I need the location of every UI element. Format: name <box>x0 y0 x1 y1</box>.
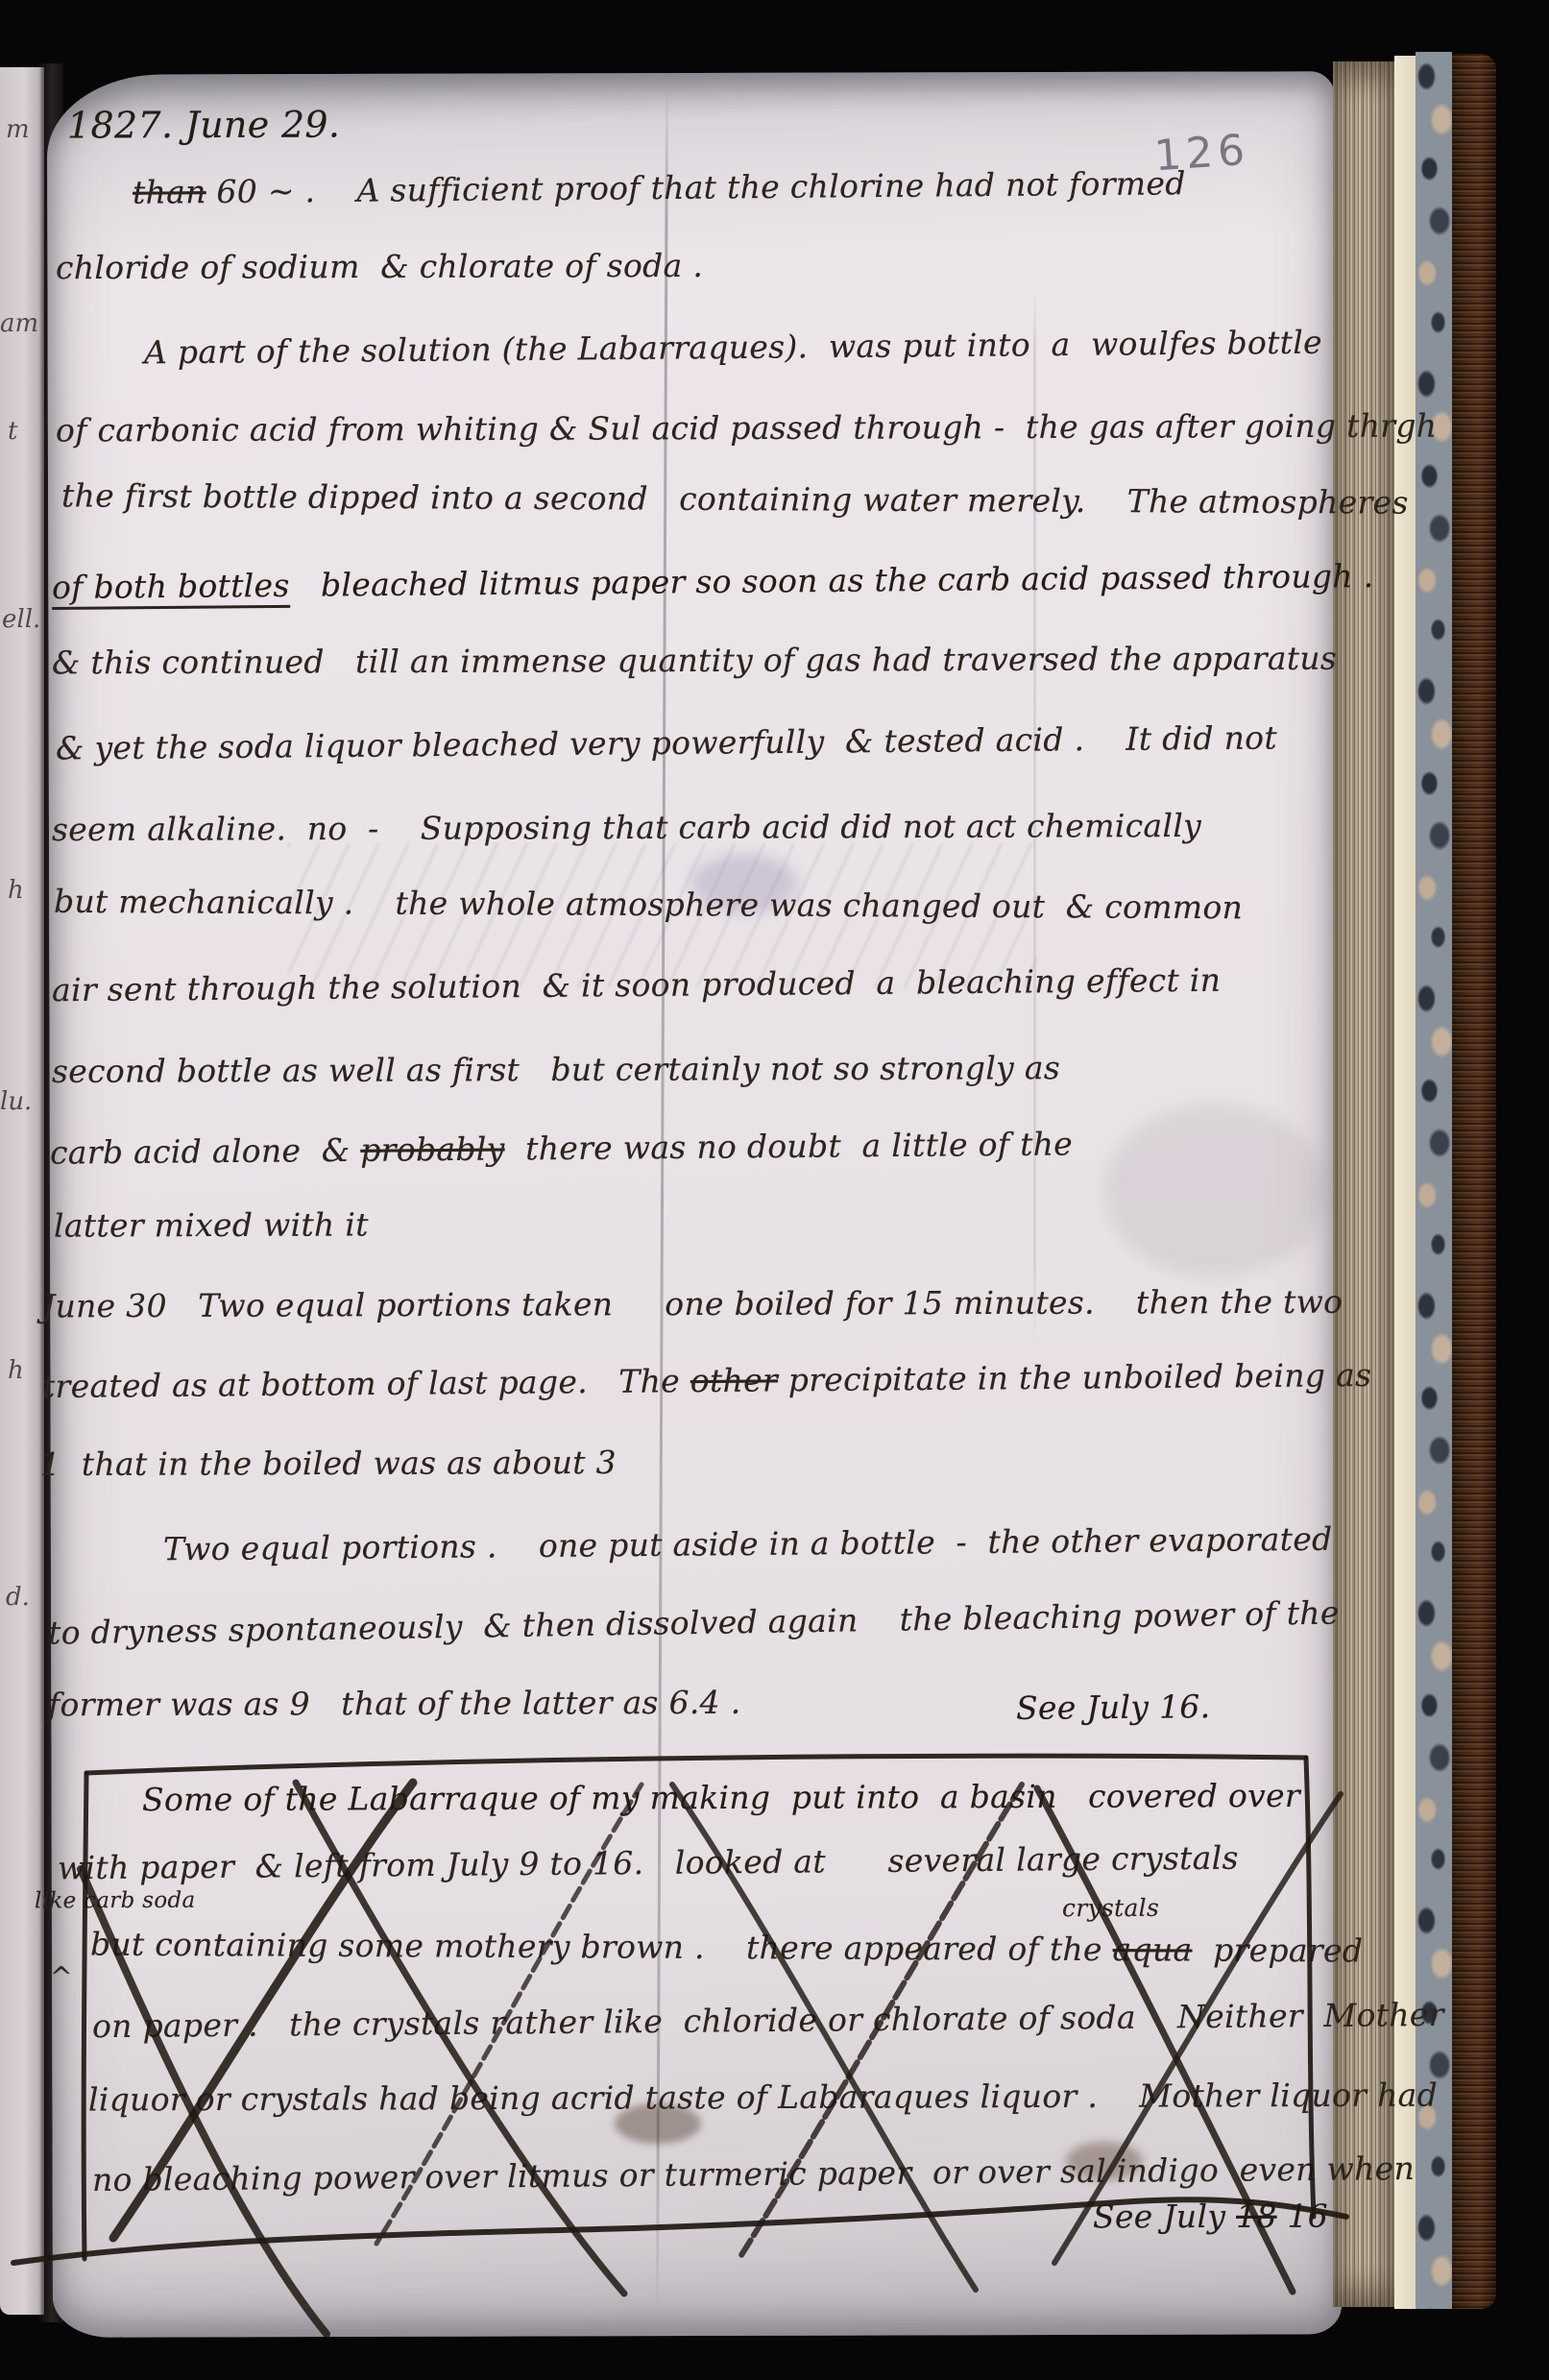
manuscript-line: second bottle as well as first but certa… <box>52 1049 1060 1090</box>
facing-page-fragment: h <box>8 1356 24 1385</box>
underlined-phrase: of both bottles <box>52 567 290 610</box>
manuscript-line: June 30 Two equal portions taken one boi… <box>42 1283 1343 1325</box>
facing-page-fragment: m <box>6 115 30 144</box>
insertion-caret: ^ <box>50 1961 73 1994</box>
facing-page-fragment: lu. <box>0 1087 32 1116</box>
inserted-word: crystals <box>1062 1894 1159 1923</box>
facing-page-fragment: ell. <box>2 605 40 634</box>
manuscript-line: & this continued till an immense quantit… <box>52 640 1337 682</box>
manuscript-line: seem alkaline. no - Supposing that carb … <box>52 807 1201 849</box>
line-text: treated as at bottom of last page. The <box>42 1362 690 1405</box>
page-stack-fore-edge <box>1333 61 1394 2307</box>
struck-word: other <box>690 1361 779 1399</box>
struck-word: probably <box>360 1130 505 1169</box>
manuscript-line: of carbonic acid from whiting & Sul acid… <box>56 406 1437 449</box>
manuscript-line: the first bottle dipped into a second co… <box>61 476 1409 522</box>
endpaper-strip <box>1394 56 1416 2309</box>
marbled-cover-strip <box>1416 52 1452 2309</box>
line-text: 60 ~ . A sufficient proof that the chlor… <box>206 164 1186 210</box>
boxed-line: Some of the Labarraque of my making put … <box>142 1777 1300 1819</box>
line-text: 16 <box>1277 2198 1329 2235</box>
facing-page-fragment: am <box>0 309 38 338</box>
manuscript-line: chloride of sodium & chlorate of soda . <box>56 247 703 287</box>
line-text: prepared <box>1192 1931 1363 1970</box>
boxed-line: liquor or crystals had being acrid taste… <box>88 2076 1438 2119</box>
manuscript-line: but mechanically . the whole atmosphere … <box>54 883 1243 927</box>
manuscript-line: 1 that in the boiled was as about 3 <box>40 1444 617 1484</box>
manuscript-line: latter mixed with it <box>54 1205 369 1245</box>
leather-cover-edge <box>1452 54 1496 2309</box>
struck-word: than <box>133 173 206 211</box>
facing-page-fragment: t <box>8 417 17 446</box>
struck-number: 18 <box>1236 2198 1277 2235</box>
line-text: See July <box>1093 2198 1236 2236</box>
facing-page-fragment: h <box>8 876 24 905</box>
line-text: precipitate in the unboiled being as <box>778 1356 1372 1398</box>
see-july-note: See July 16. <box>1016 1688 1211 1727</box>
facing-page-fragment: d. <box>6 1583 30 1612</box>
manuscript-line: former was as 9 that of the latter as 6.… <box>48 1684 741 1724</box>
date-heading: 1827. June 29. <box>67 104 340 149</box>
line-text: carb acid alone & <box>50 1131 361 1172</box>
notebook-photograph: m am t ell. h lu. h d. 126 1827. June 29… <box>0 0 1549 2380</box>
margin-note: like carb soda <box>35 1888 196 1915</box>
boxed-line: but containing some mothery brown . ther… <box>90 1926 1363 1971</box>
line-text: but containing some mothery brown . ther… <box>90 1926 1113 1969</box>
see-july-note-boxed: See July 18 16 <box>1093 2198 1328 2236</box>
line-text: there was no doubt a little of the <box>504 1125 1073 1167</box>
struck-word: aqua <box>1113 1931 1193 1968</box>
